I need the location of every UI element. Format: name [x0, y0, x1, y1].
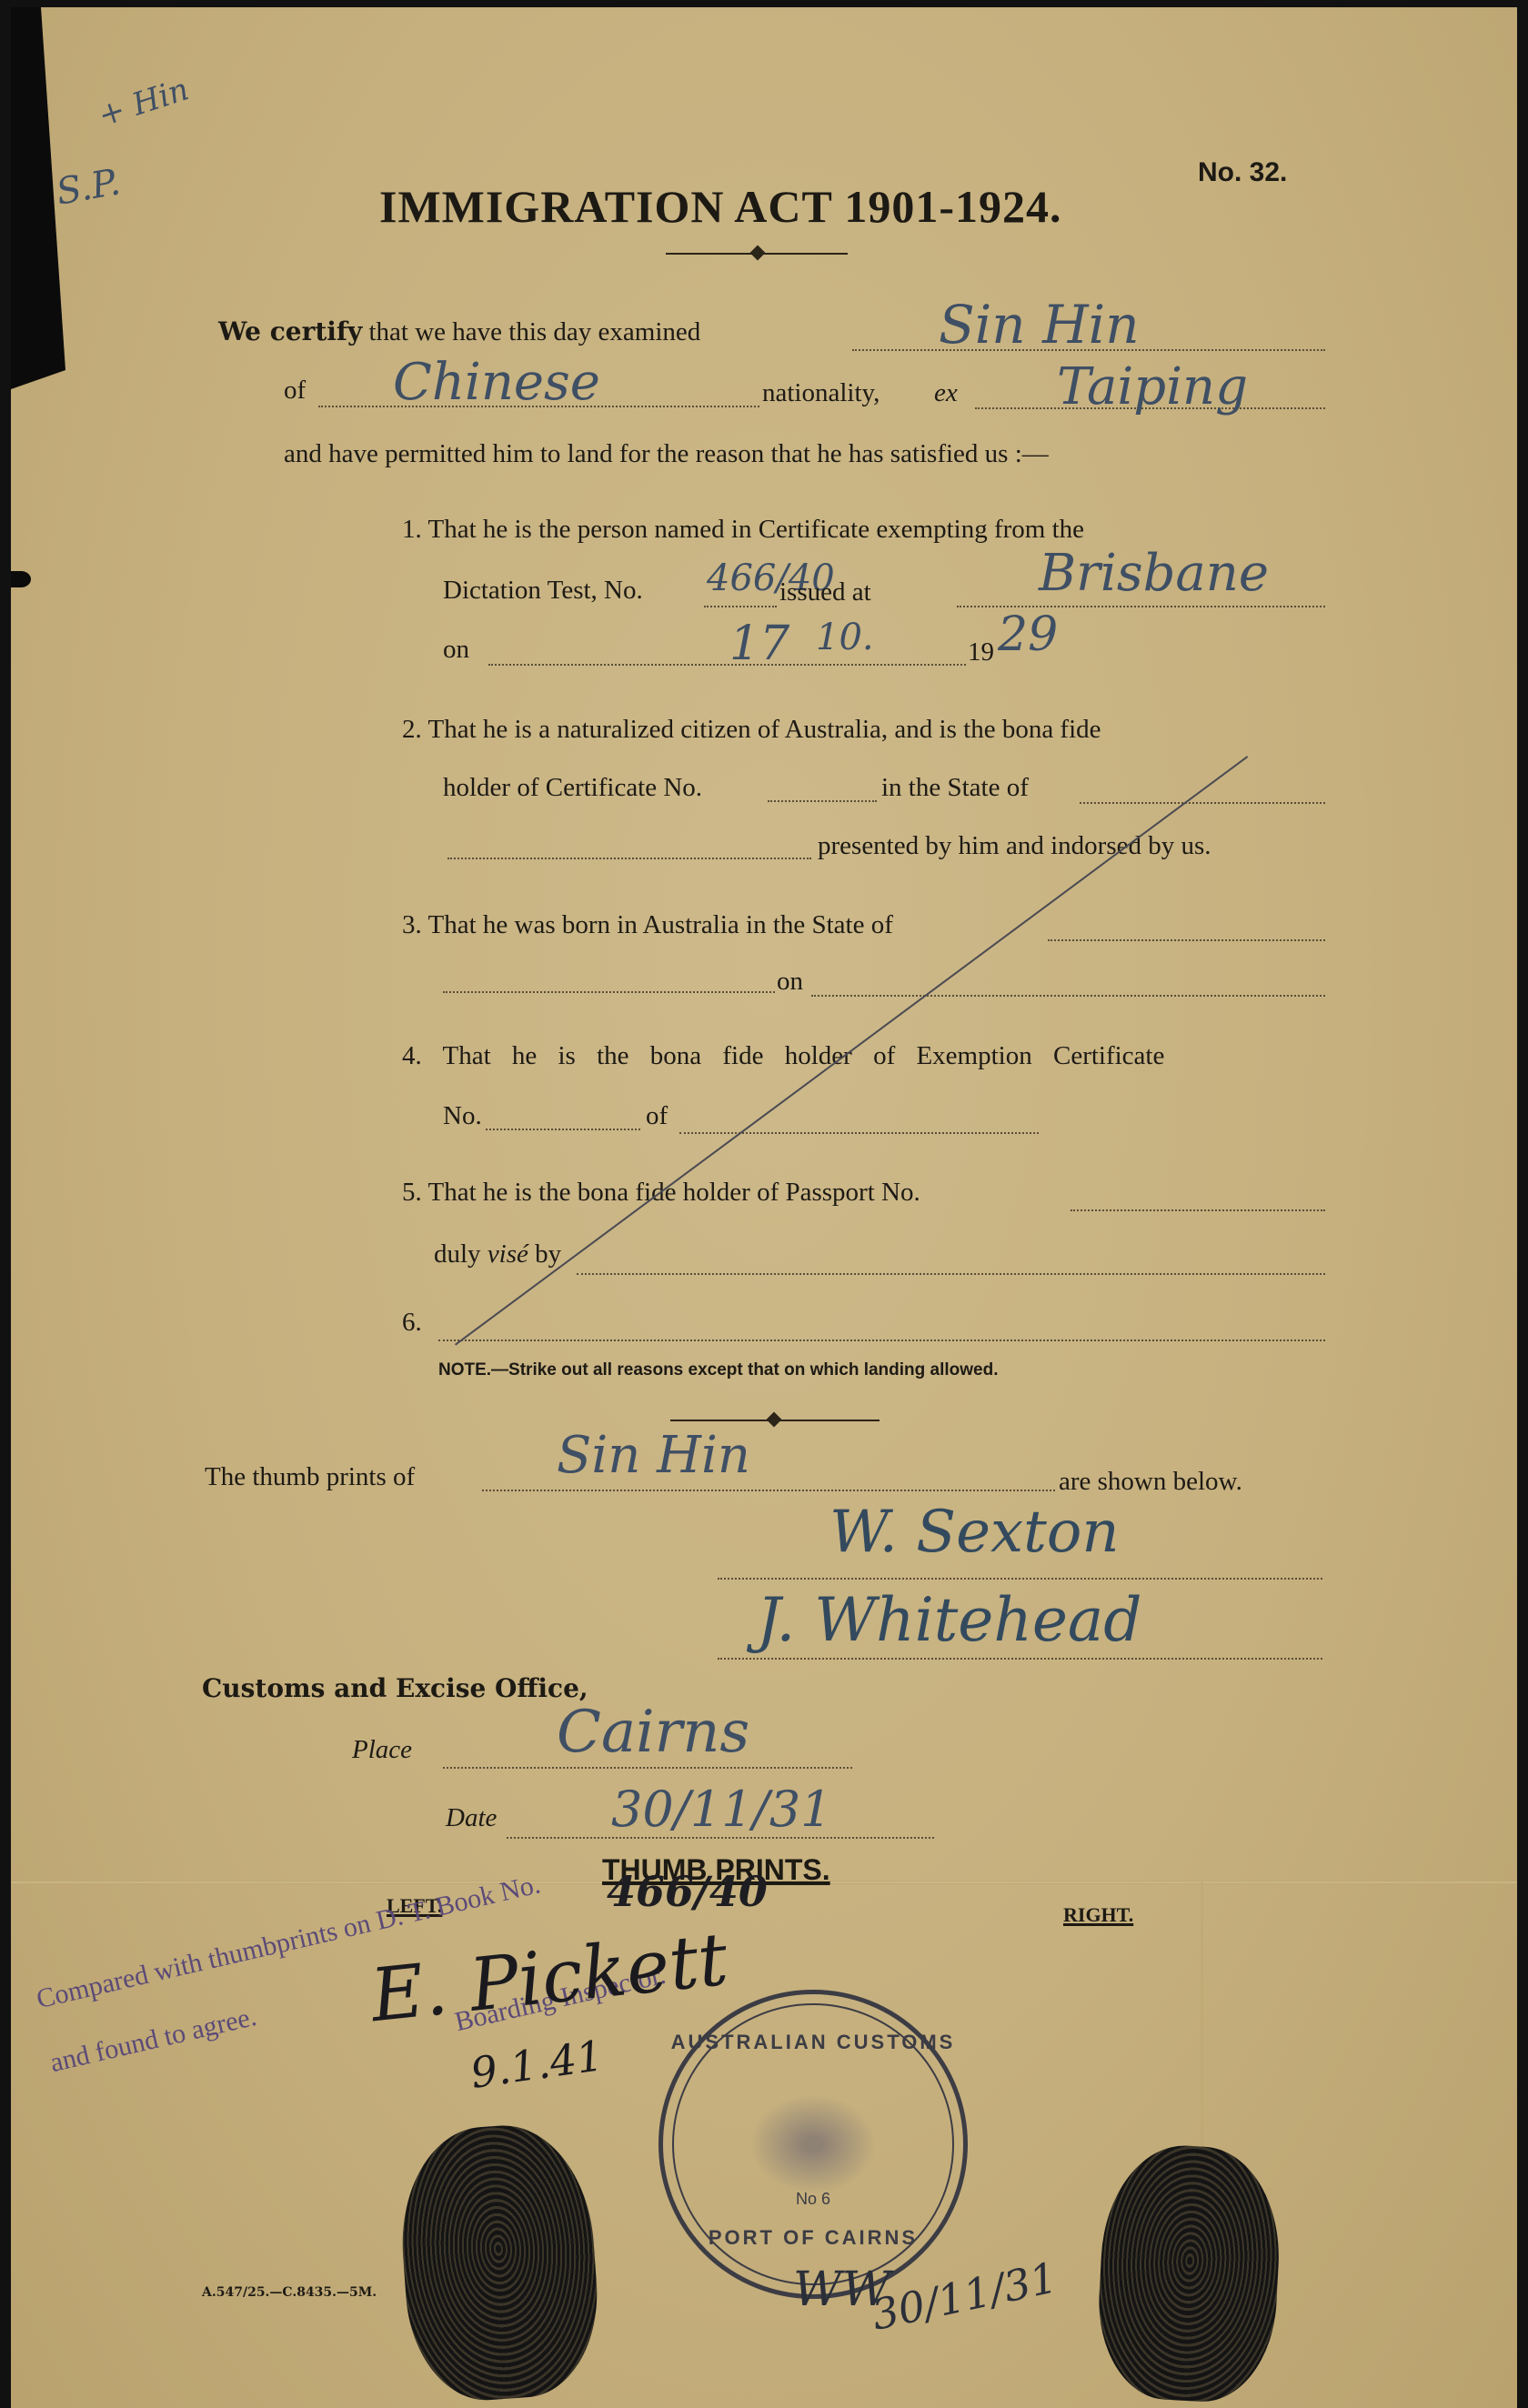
office-label: Customs and Excise Office,: [202, 1673, 588, 1703]
thumbprints-suffix: are shown below.: [1059, 1467, 1242, 1497]
presented-line: [447, 858, 811, 859]
thumbprints-name-line: [482, 1490, 1055, 1491]
ship-name[interactable]: Taiping: [1057, 357, 1248, 416]
date-label: Date: [446, 1803, 497, 1833]
permitted-text: and have permitted him to land for the r…: [284, 439, 1049, 469]
vise-by-line: [577, 1273, 1325, 1275]
thumbprints-prefix: The thumb prints of: [205, 1462, 415, 1492]
date-day[interactable]: 17: [729, 617, 789, 671]
document-page: + Hin S.P. IMMIGRATION ACT 1901-1924. No…: [11, 7, 1517, 2408]
reason-4-line1: That he is the bona fide holder of Exemp…: [442, 1041, 1164, 1070]
date-year-suffix[interactable]: 29: [998, 607, 1058, 662]
born-place-line: [443, 991, 775, 993]
nationality-label: nationality,: [762, 378, 880, 408]
reason-4-line2a: No.: [443, 1101, 482, 1131]
section-divider-diamond: [767, 1412, 782, 1428]
customs-seal: AUSTRALIAN CUSTOMS No 6 PORT OF CAIRNS: [658, 1990, 968, 2299]
reason-5-vise: visé: [488, 1239, 528, 1269]
divider-diamond: [750, 246, 766, 261]
reason-5-duly: duly: [434, 1239, 481, 1269]
reason-2-line2a: holder of Certificate No.: [443, 773, 702, 803]
on-label: on: [443, 635, 469, 665]
reason-5-number: 5.: [402, 1178, 422, 1207]
issued-at-value[interactable]: Brisbane: [1039, 544, 1269, 603]
reason-3-line2: on: [777, 967, 803, 997]
born-date-line: [811, 995, 1325, 997]
date-month[interactable]: 10.: [816, 617, 874, 658]
inspector-date: 9.1.41: [467, 2031, 606, 2098]
dt-book-number[interactable]: 466/40: [607, 1867, 768, 1916]
thumbprints-name[interactable]: Sin Hin: [557, 1426, 750, 1485]
seal-top-text: AUSTRALIAN CUSTOMS: [663, 2031, 963, 2054]
reason-1-line2-prefix: Dictation Test, No.: [443, 576, 643, 606]
place-line: [443, 1767, 852, 1769]
reason-2-line3: presented by him and indorsed by us.: [818, 831, 1211, 861]
seal-emblem: [749, 2094, 877, 2194]
certify-text: that we have this day examined: [368, 317, 700, 346]
exemption-no-line: [486, 1129, 640, 1130]
signature-2: J. Whitehead: [757, 1585, 1142, 1655]
ex-label: ex: [934, 378, 958, 408]
reason-4-line2b: of: [646, 1101, 668, 1131]
form-number: No. 32.: [1198, 157, 1287, 188]
of-label: of: [284, 376, 306, 406]
certify-lead: We certify: [218, 316, 362, 346]
reason-6-line: [438, 1339, 1325, 1341]
torn-edge-notch: [11, 571, 31, 587]
inspector-signature: E. Pickett: [367, 1917, 731, 2039]
date-value[interactable]: 30/11/31: [611, 1781, 832, 1838]
place-label: Place: [352, 1735, 412, 1765]
margin-note: + Hin: [94, 71, 193, 134]
date-line: [488, 664, 966, 666]
reason-4-number: 4.: [402, 1041, 422, 1070]
left-thumbprint: [395, 2120, 604, 2405]
state-line-2: [1080, 802, 1325, 804]
right-label: RIGHT.: [1063, 1903, 1133, 1927]
reason-1-number: 1.: [402, 515, 422, 544]
exemption-of-line: [679, 1132, 1039, 1134]
reason-6-number: 6.: [402, 1308, 422, 1338]
printer-code: A.547/25.—C.8435.—5M.: [202, 2285, 377, 2300]
passport-no-line: [1071, 1209, 1325, 1211]
seal-bottom-text: PORT OF CAIRNS: [663, 2226, 963, 2250]
cert-no-line: [704, 606, 777, 607]
reason-3-line1: That he was born in Australia in the Sta…: [427, 910, 892, 939]
signature-1: W. Sexton: [829, 1499, 1120, 1566]
seal-center-text: No 6: [663, 2190, 963, 2209]
nationality-value[interactable]: Chinese: [393, 353, 600, 412]
note-text: NOTE.—Strike out all reasons except that…: [438, 1360, 999, 1380]
page-title: IMMIGRATION ACT 1901-1924.: [379, 180, 1062, 233]
cert-no-line-2: [768, 800, 877, 802]
margin-note-initials: S.P.: [54, 161, 124, 213]
reason-2-line1: That he is a naturalized citizen of Aust…: [427, 715, 1101, 744]
reason-5-by: by: [535, 1239, 561, 1269]
signature-line-1: [718, 1578, 1322, 1580]
reason-1-line1: That he is the person named in Certifica…: [427, 515, 1084, 544]
reason-2-line2b: in the State of: [881, 773, 1029, 803]
date-year-prefix: 19: [968, 637, 994, 667]
signature-line-2: [718, 1658, 1322, 1660]
examined-name[interactable]: Sin Hin: [939, 294, 1140, 356]
reason-3-number: 3.: [402, 910, 422, 939]
place-value[interactable]: Cairns: [557, 1699, 749, 1766]
reason-2-number: 2.: [402, 715, 422, 744]
right-thumbprint: [1094, 2142, 1284, 2405]
issued-at-label: issued at: [779, 577, 871, 607]
comparison-stamp-line2: and found to agree.: [47, 2002, 259, 2079]
state-line-3: [1048, 939, 1325, 941]
